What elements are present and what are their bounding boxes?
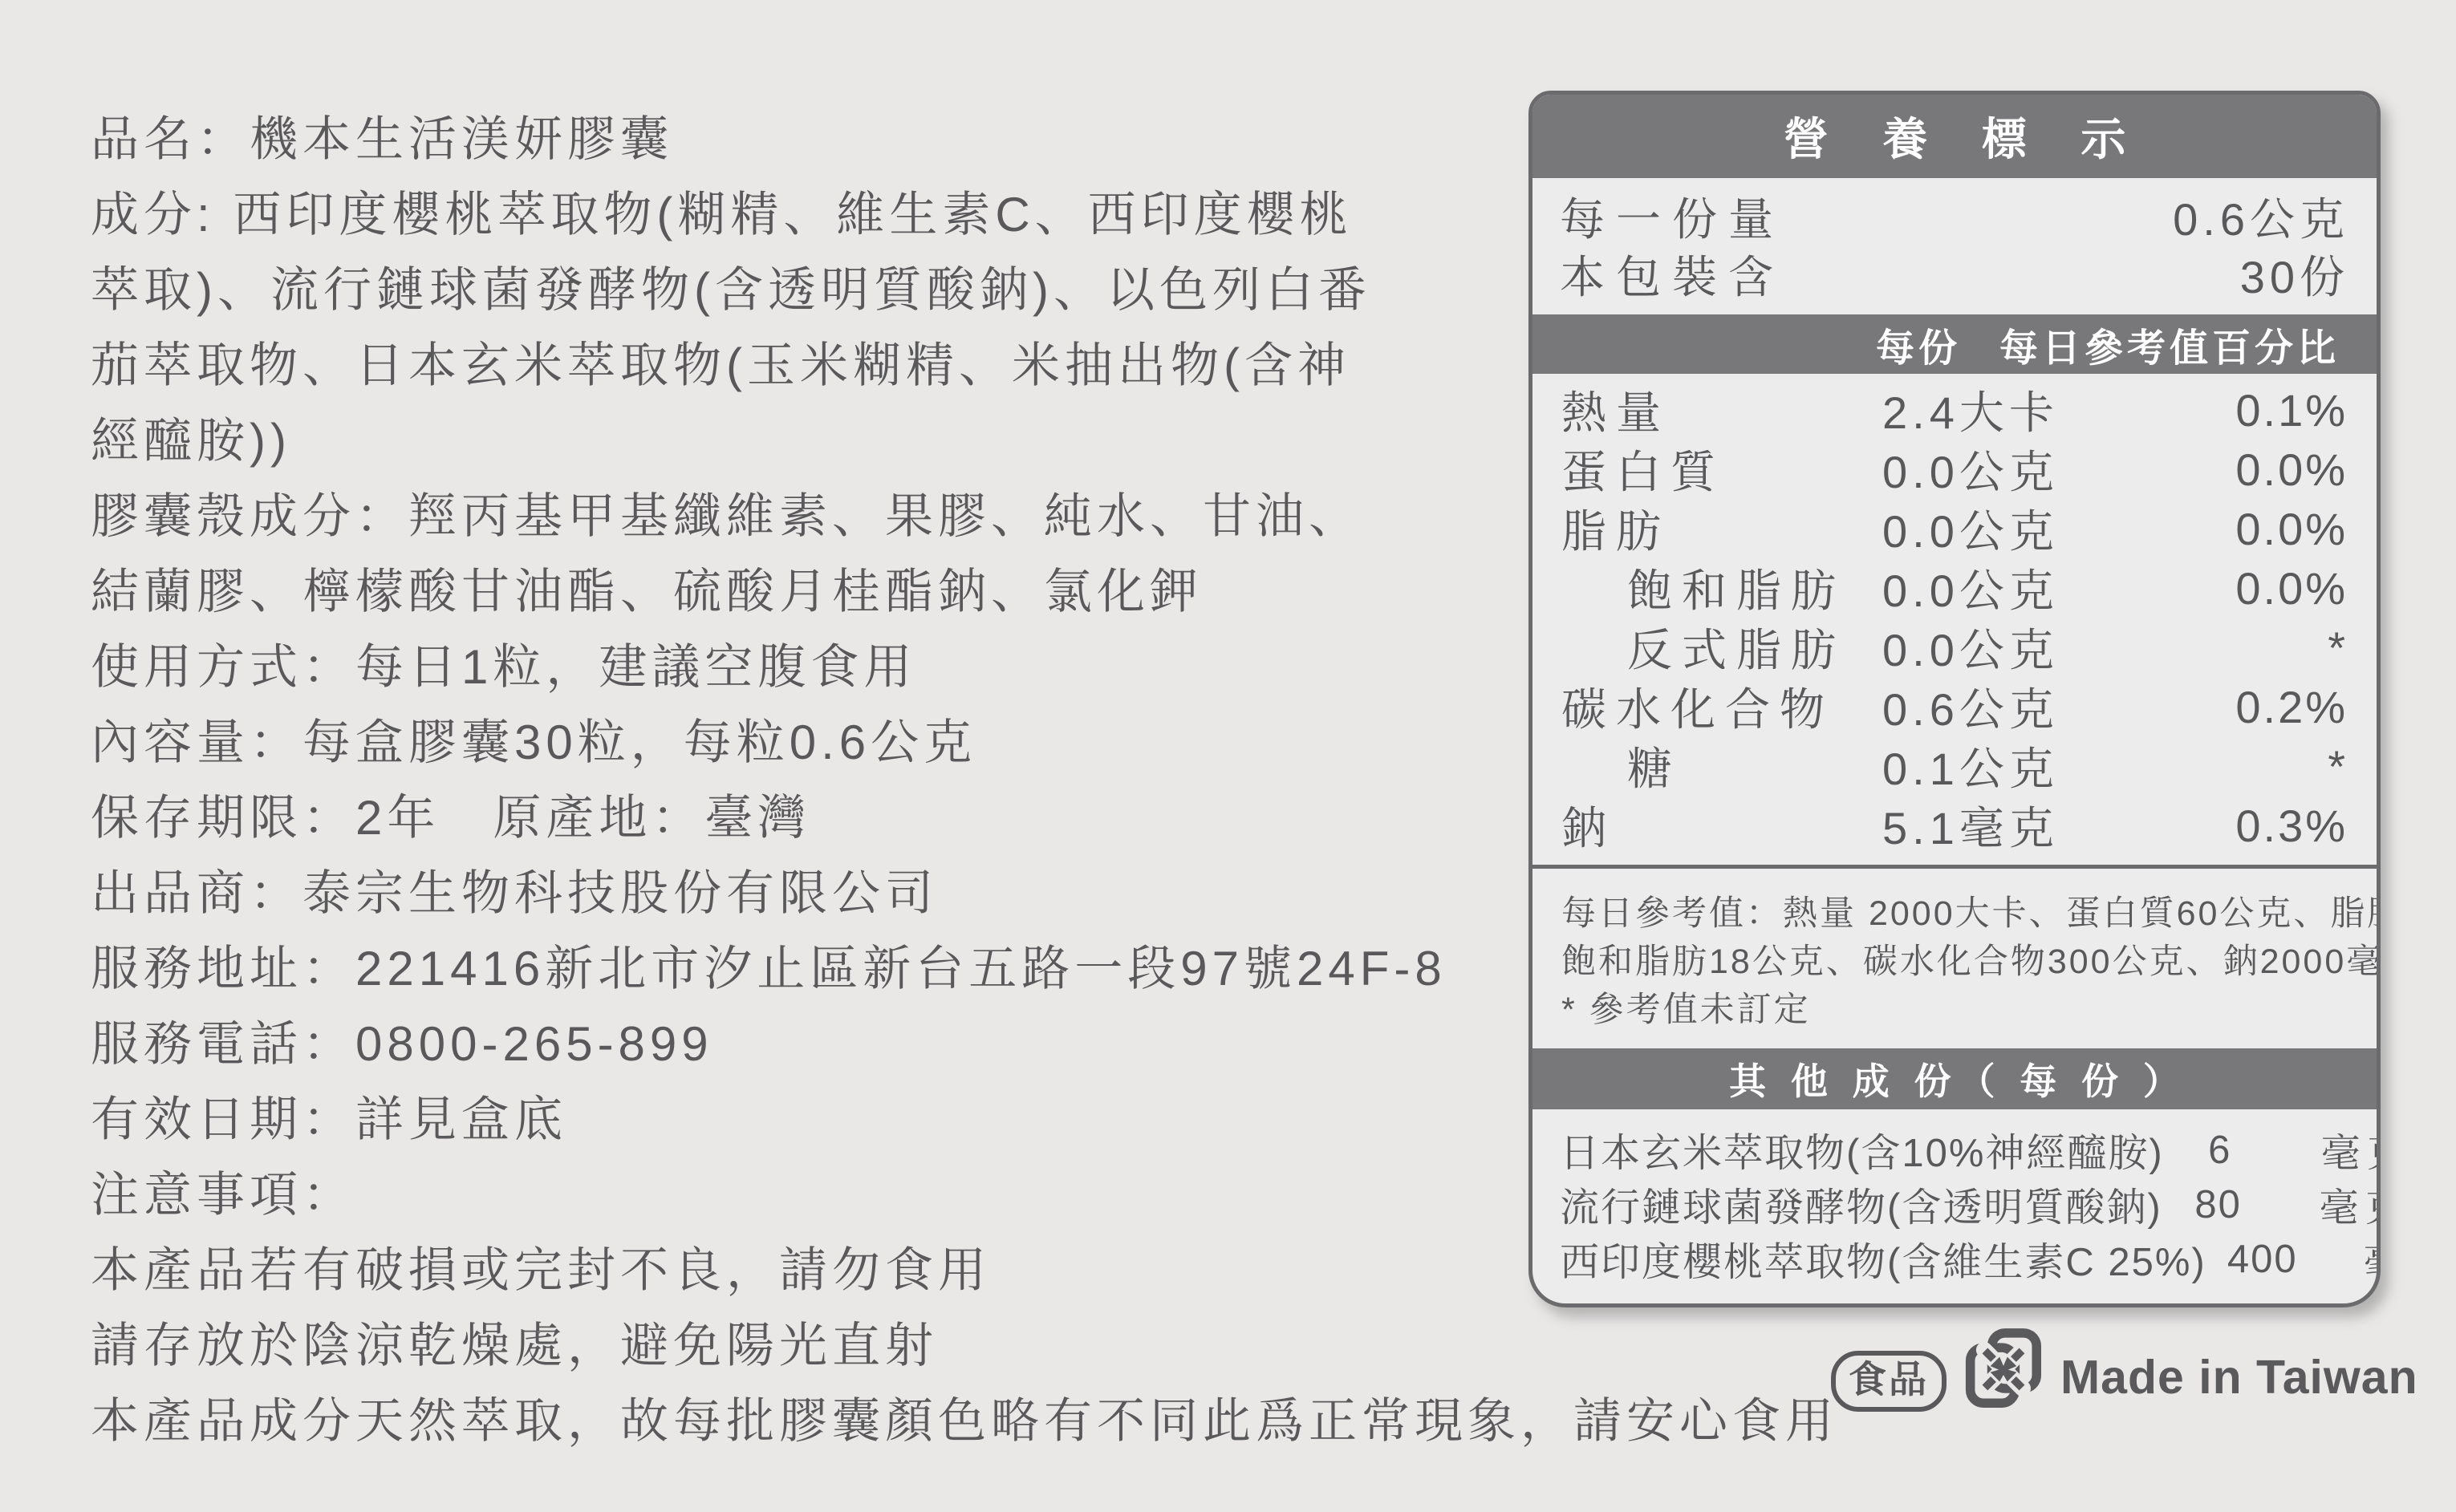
nutrient-amount: 0.0公克: [1882, 437, 2059, 501]
nutrient-dv: 0.0%: [2235, 503, 2348, 555]
other-ingredient-amount: 6: [2164, 1128, 2276, 1173]
other-row-rice-extract: 日本玄米萃取物(含10%神經醯胺) 6 毫克: [1560, 1122, 2349, 1177]
daily-value-column-header: 每日參考值百分比: [1999, 317, 2340, 372]
other-ingredient-name: 流行鏈球菌發酵物(含透明質酸鈉): [1560, 1177, 2162, 1233]
nutrient-label: 反式脂肪: [1561, 615, 1845, 679]
nutrient-dv: 0.3%: [2235, 800, 2348, 852]
footnote-asterisk-line: * 參考值未訂定: [1561, 986, 2348, 1034]
other-ingredient-name: 西印度櫻桃萃取物(含維生素C 25%): [1560, 1231, 2206, 1287]
nutrient-rows: 熱量 2.4大卡 0.1% 蛋白質 0.0公克 0.0% 脂肪 0.0公克 0.…: [1532, 374, 2377, 865]
nutrient-amount: 0.6公克: [1882, 675, 2059, 739]
nutrient-label: 蛋白質: [1561, 437, 1725, 501]
precaution-line-2: 請存放於陰涼乾燥處，避免陽光直射: [91, 1304, 1838, 1380]
other-ingredient-unit: 毫克: [2319, 1231, 2381, 1287]
nutrient-dv: 0.0%: [2235, 444, 2348, 496]
nutrient-dv: *: [2328, 622, 2348, 674]
nutrient-row-sodium: 鈉 5.1毫克 0.3%: [1532, 796, 2377, 855]
other-ingredient-amount: 80: [2162, 1182, 2275, 1227]
nutrient-row-trans-fat: 反式脂肪 0.0公克 *: [1532, 618, 2377, 677]
nutrient-dv: 0.1%: [2235, 384, 2348, 436]
nutrient-row-fat: 脂肪 0.0公克 0.0%: [1532, 499, 2377, 558]
nutrient-amount: 0.0公克: [1882, 497, 2059, 561]
other-ingredient-name: 日本玄米萃取物(含10%神經醯胺): [1560, 1122, 2164, 1178]
nutrient-label: 碳水化合物: [1561, 675, 1834, 739]
other-row-streptococcus-ferment: 流行鏈球菌發酵物(含透明質酸鈉) 80 毫克: [1560, 1177, 2349, 1231]
nutrient-amount: 5.1毫克: [1882, 793, 2059, 857]
daily-value-footnote: 每日參考值：熱量 2000大卡、蛋白質60公克、脂肪60公克、 飽和脂肪18公克…: [1532, 865, 2377, 1048]
other-ingredient-unit: 毫克: [2275, 1177, 2381, 1233]
nutrient-label: 脂肪: [1561, 497, 1670, 561]
nutrient-row-saturated-fat: 飽和脂肪 0.0公克 0.0%: [1532, 558, 2377, 618]
nutrient-label: 熱量: [1561, 378, 1670, 442]
nutrition-title: 營 養 標 示: [1532, 95, 2377, 178]
nutrient-amount: 0.1公克: [1882, 734, 2059, 798]
made-in-taiwan-label: Made in Taiwan: [2060, 1350, 2418, 1405]
other-ingredient-amount: 400: [2206, 1237, 2319, 1282]
nutrient-amount: 0.0公克: [1882, 556, 2059, 620]
food-badge: 食品: [1831, 1351, 1947, 1412]
footnote-line: 每日參考值：熱量 2000大卡、蛋白質60公克、脂肪60公克、: [1561, 890, 2348, 938]
other-ingredient-unit: 毫克: [2276, 1122, 2381, 1178]
precaution-line-3: 本產品成分天然萃取，故每批膠囊顏色略有不同此爲正常現象，請安心食用: [91, 1380, 1838, 1455]
product-label: 品名：機本生活渼妍膠囊 成分: 西印度櫻桃萃取物(糊精、維生素C、西印度櫻桃 萃…: [0, 0, 2456, 1512]
servings-per-pack-row: 本包裝含 30份: [1560, 245, 2349, 303]
servings-per-pack-label: 本包裝含: [1560, 242, 1784, 306]
other-row-acerola-extract: 西印度櫻桃萃取物(含維生素C 25%) 400 毫克: [1560, 1231, 2349, 1286]
nutrient-label: 糖: [1561, 734, 1682, 798]
other-ingredients-header: 其 他 成 份（ 每 份 ）: [1532, 1048, 2377, 1109]
taiwan-recycling-icon: [1964, 1328, 2041, 1409]
footnote-line: 飽和脂肪18公克、碳水化合物300公克、鈉2000毫克: [1561, 938, 2348, 986]
serving-size-label: 每一份量: [1560, 184, 1784, 249]
nutrient-row-sugar: 糖 0.1公克 *: [1532, 736, 2377, 796]
footer-marks: 食品: [1831, 1325, 2418, 1412]
nutrient-row-calories: 熱量 2.4大卡 0.1%: [1532, 380, 2377, 440]
per-serving-column-header: 每份: [1876, 317, 1961, 372]
nutrient-row-protein: 蛋白質 0.0公克 0.0%: [1532, 440, 2377, 499]
nutrient-label: 鈉: [1561, 793, 1616, 857]
other-ingredients-rows: 日本玄米萃取物(含10%神經醯胺) 6 毫克 流行鏈球菌發酵物(含透明質酸鈉) …: [1532, 1109, 2377, 1303]
serving-size-row: 每一份量 0.6公克: [1560, 188, 2349, 245]
nutrient-amount: 2.4大卡: [1882, 378, 2059, 442]
nutrient-label: 飽和脂肪: [1561, 556, 1845, 620]
nutrient-dv: *: [2328, 740, 2348, 792]
column-header-bar: 每份 每日參考值百分比: [1532, 314, 2377, 374]
serving-section: 每一份量 0.6公克 本包裝含 30份: [1532, 178, 2377, 314]
nutrient-dv: 0.0%: [2235, 562, 2348, 614]
nutrition-table: 營 養 標 示 每一份量 0.6公克 本包裝含 30份 每份 每日參考值百分比 …: [1528, 91, 2381, 1307]
nutrient-dv: 0.2%: [2235, 681, 2348, 733]
nutrient-amount: 0.0公克: [1882, 615, 2059, 679]
servings-per-pack-value: 30份: [2240, 242, 2349, 306]
serving-size-value: 0.6公克: [2173, 184, 2349, 249]
nutrient-row-carbohydrate: 碳水化合物 0.6公克 0.2%: [1532, 677, 2377, 736]
